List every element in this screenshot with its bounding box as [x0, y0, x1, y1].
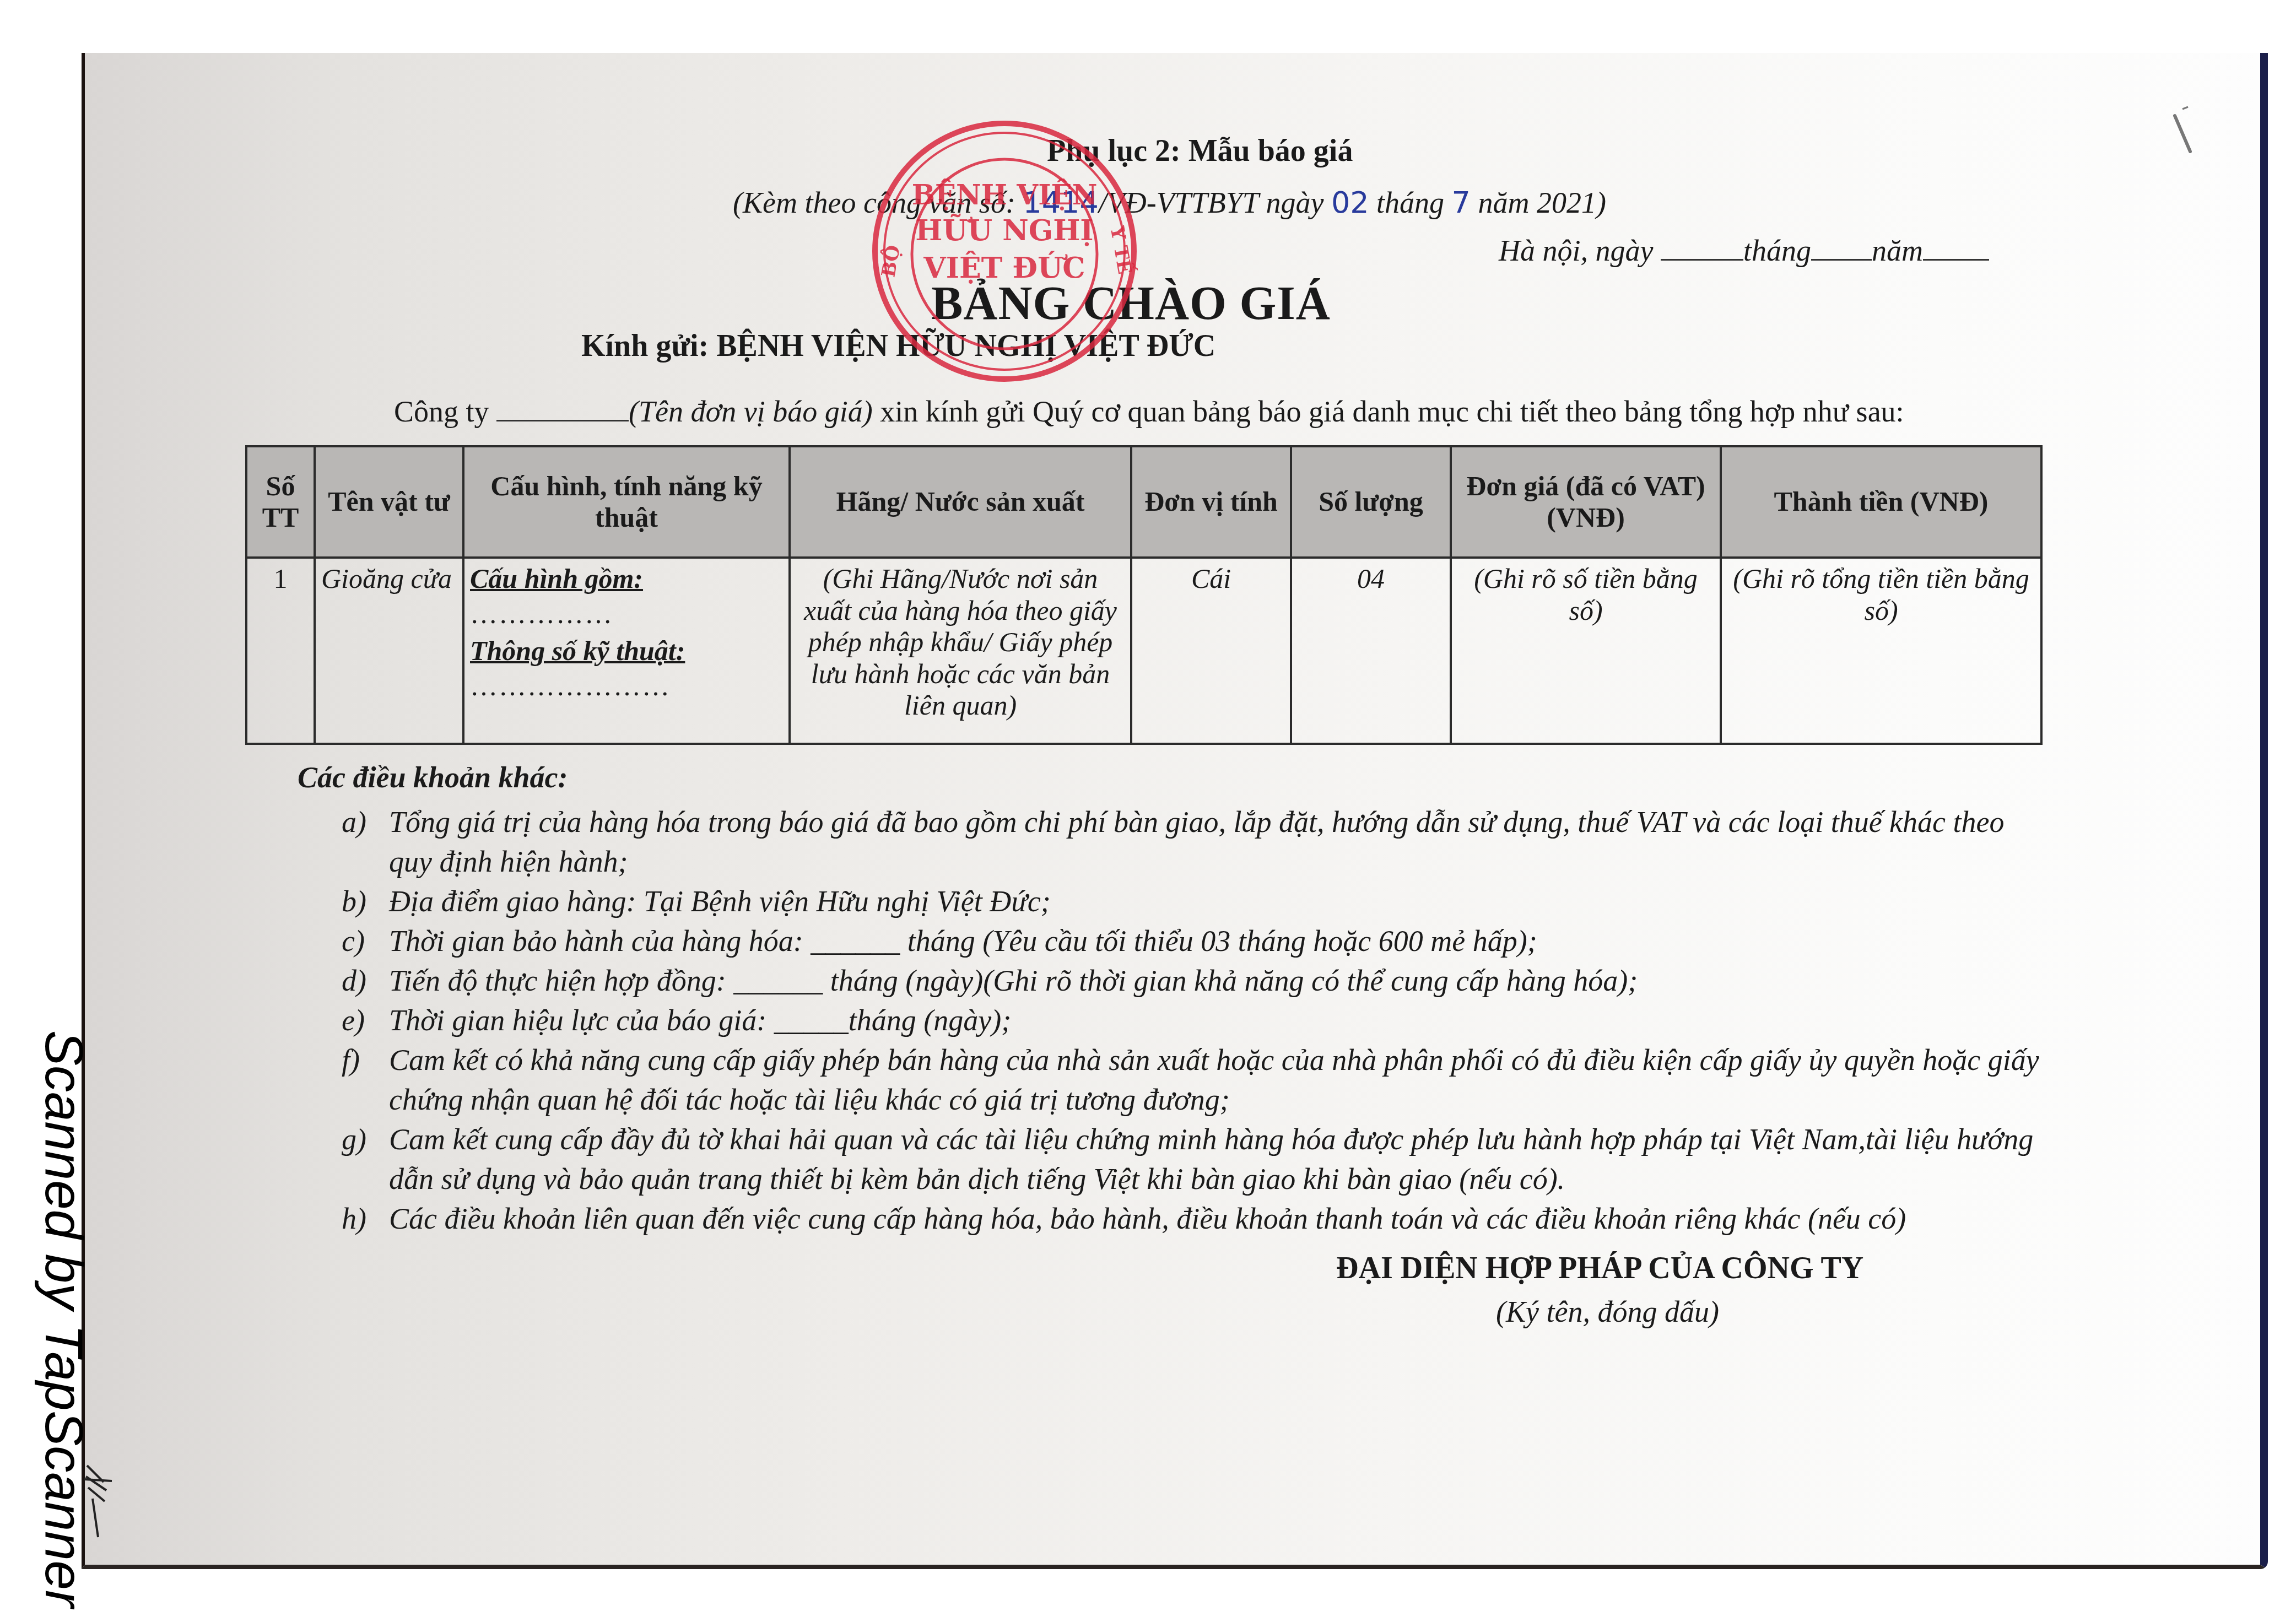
term-item-a: a)Tổng giá trị của hàng hóa trong báo gi…: [342, 802, 2044, 882]
col-header-quantity: Số lượng: [1291, 446, 1451, 558]
term-label: a): [342, 802, 389, 882]
col-header-unit-price: Đơn giá (đã có VAT) (VNĐ): [1451, 446, 1721, 558]
term-label: g): [342, 1120, 389, 1199]
reference-line: (Kèm theo công văn số: 1414/VĐ-VTTBYT ng…: [733, 185, 1606, 220]
term-item-b: b)Địa điểm giao hàng: Tại Bệnh viện Hữu …: [342, 882, 2044, 921]
intro-prefix: Công ty: [394, 395, 496, 428]
date-place: Hà nội, ngày: [1499, 234, 1661, 267]
term-text: Các điều khoản liên quan đến việc cung c…: [389, 1199, 2044, 1239]
intro-placeholder: (Tên đơn vị báo giá): [629, 395, 873, 428]
cell-manufacturer: (Ghi Hãng/Nước nơi sản xuất của hàng hóa…: [790, 558, 1131, 744]
table-header-row: Số TT Tên vật tư Cấu hình, tính năng kỹ …: [246, 446, 2041, 558]
handwritten-day: 02: [1331, 185, 1369, 220]
signature-title: ĐẠI DIỆN HỢP PHÁP CỦA CÔNG TY: [1336, 1251, 1863, 1286]
handwritten-month: 7: [1452, 185, 1471, 220]
term-label: c): [342, 921, 389, 961]
company-name-blank-field[interactable]: [496, 420, 629, 421]
term-label: b): [342, 882, 389, 921]
col-header-total: Thành tiền (VNĐ): [1721, 446, 2041, 558]
spec-label: Thông số kỹ thuật:: [470, 635, 783, 667]
term-text: Tổng giá trị của hàng hóa trong báo giá …: [389, 802, 2044, 882]
term-text: Tiến độ thực hiện hợp đồng: ______ tháng…: [389, 961, 2044, 1001]
table-row: 1 Gioăng cửa Cấu hình gồm: …………… Thông s…: [246, 558, 2041, 744]
date-line: Hà nội, ngày thángnăm: [1499, 234, 1989, 268]
cell-configuration: Cấu hình gồm: …………… Thông số kỹ thuật: ……: [463, 558, 790, 744]
term-item-g: g)Cam kết cung cấp đầy đủ tờ khai hải qu…: [342, 1120, 2044, 1199]
date-year-label: năm: [1872, 234, 1923, 267]
intro-paragraph: Công ty (Tên đơn vị báo giá) xin kính gử…: [394, 394, 1904, 429]
scanner-watermark: Scanned by TapScanner: [33, 1030, 94, 1526]
day-blank-field[interactable]: [1661, 259, 1743, 261]
terms-heading: Các điều khoản khác:: [298, 760, 568, 794]
term-item-e: e)Thời gian hiệu lực của báo giá: _____t…: [342, 1001, 2044, 1040]
cell-unit: Cái: [1131, 558, 1291, 744]
year-blank-field[interactable]: [1923, 259, 1989, 261]
cell-total[interactable]: (Ghi rõ tổng tiền tiền bằng số): [1721, 558, 2041, 744]
term-text: Thời gian hiệu lực của báo giá: _____thá…: [389, 1001, 2044, 1040]
col-header-configuration: Cấu hình, tính năng kỹ thuật: [463, 446, 790, 558]
config-label: Cấu hình gồm:: [470, 563, 783, 595]
term-label: h): [342, 1199, 389, 1239]
terms-list: a)Tổng giá trị của hàng hóa trong báo gi…: [342, 802, 2044, 1239]
signature-note: (Ký tên, đóng dấu): [1496, 1295, 1719, 1329]
col-header-item-name: Tên vật tư: [315, 446, 463, 558]
page-title: BẢNG CHÀO GIÁ: [931, 275, 1331, 331]
reference-suffix: năm 2021): [1471, 186, 1606, 219]
col-header-manufacturer: Hãng/ Nước sản xuất: [790, 446, 1131, 558]
recipient-line: Kính gửi: BỆNH VIỆN HỮU NGHỊ VIỆT ĐỨC: [581, 328, 1215, 364]
initials-scribble-icon: [82, 1460, 115, 1543]
cell-quantity: 04: [1291, 558, 1451, 744]
term-text: Cam kết cung cấp đầy đủ tờ khai hải quan…: [389, 1120, 2044, 1199]
cell-stt: 1: [246, 558, 315, 744]
term-item-f: f)Cam kết có khả năng cung cấp giấy phép…: [342, 1040, 2044, 1120]
col-header-unit: Đơn vị tính: [1131, 446, 1291, 558]
pen-mark-icon: [2168, 105, 2201, 165]
reference-prefix: (Kèm theo công văn số:: [733, 186, 1023, 219]
reference-month-label: tháng: [1369, 186, 1452, 219]
term-text: Địa điểm giao hàng: Tại Bệnh viện Hữu ng…: [389, 882, 2044, 921]
term-label: d): [342, 961, 389, 1001]
term-item-d: d)Tiến độ thực hiện hợp đồng: ______ thá…: [342, 961, 2044, 1001]
term-item-h: h)Các điều khoản liên quan đến việc cung…: [342, 1199, 2044, 1239]
cell-item-name: Gioăng cửa: [315, 558, 463, 744]
term-item-c: c)Thời gian bảo hành của hàng hóa: _____…: [342, 921, 2044, 961]
quotation-table: Số TT Tên vật tư Cấu hình, tính năng kỹ …: [245, 445, 2043, 745]
date-month-label: tháng: [1743, 234, 1811, 267]
handwritten-doc-number: 1414: [1023, 185, 1098, 220]
term-label: e): [342, 1001, 389, 1040]
term-text: Thời gian bảo hành của hàng hóa: ______ …: [389, 921, 2044, 961]
col-header-stt: Số TT: [246, 446, 315, 558]
appendix-title: Phụ lục 2: Mẫu báo giá: [1047, 133, 1353, 169]
term-text: Cam kết có khả năng cung cấp giấy phép b…: [389, 1040, 2044, 1120]
reference-middle: /VĐ-VTTBYT ngày: [1099, 186, 1331, 219]
intro-suffix: xin kính gửi Quý cơ quan bảng báo giá da…: [873, 395, 1904, 428]
month-blank-field[interactable]: [1811, 259, 1872, 261]
cell-unit-price[interactable]: (Ghi rõ số tiền bằng số): [1451, 558, 1721, 744]
config-dots-field[interactable]: ……………: [470, 598, 783, 630]
term-label: f): [342, 1040, 389, 1120]
spec-dots-field[interactable]: …………………: [470, 671, 783, 702]
